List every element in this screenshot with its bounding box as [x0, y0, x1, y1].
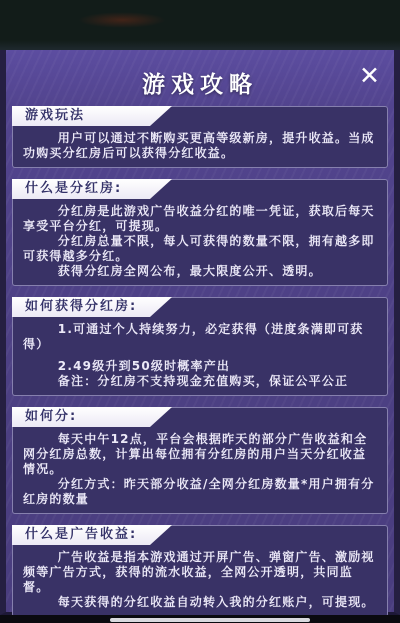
section-body: 广告收益是指本游戏通过开屏广告、弹窗广告、激励视频等广告方式，获得的流水收益，全…	[23, 550, 377, 610]
section-heading: 如何分:	[12, 407, 172, 427]
guide-paragraph: 每天中午12点，平台会根据昨天的部分广告收益和全网分红房总数，计算出每位拥有分红…	[23, 432, 377, 477]
section-how-to-get-dividend-room: 如何获得分红房: 1.可通过个人持续努力，必定获得（进度条满即可获得）2.49级…	[12, 297, 388, 396]
section-heading: 如何获得分红房:	[12, 297, 172, 317]
section-heading: 什么是广告收益:	[12, 525, 172, 545]
guide-paragraph: 获得分红房全网公布，最大限度公开、透明。	[23, 264, 377, 279]
section-heading-banner: 如何分:	[12, 407, 172, 427]
home-indicator[interactable]	[110, 618, 310, 622]
guide-paragraph: 广告收益是指本游戏通过开屏广告、弹窗广告、激励视频等广告方式，获得的流水收益，全…	[23, 550, 377, 595]
section-heading: 什么是分红房:	[12, 179, 172, 199]
background-mountains	[0, 40, 400, 50]
section-body: 1.可通过个人持续努力，必定获得（进度条满即可获得）2.49级升到50级时概率产…	[23, 322, 377, 389]
guide-paragraph: 用户可以通过不断购买更高等级新房，提升收益。当成功购买分红房后可以获得分红收益。	[23, 131, 377, 161]
guide-sections: 游戏玩法 用户可以通过不断购买更高等级新房，提升收益。当成功购买分红房后可以获得…	[6, 104, 394, 617]
section-how-to-divide: 如何分: 每天中午12点，平台会根据昨天的部分广告收益和全网分红房总数，计算出每…	[12, 407, 388, 514]
section-gameplay: 游戏玩法 用户可以通过不断购买更高等级新房，提升收益。当成功购买分红房后可以获得…	[12, 106, 388, 168]
background-cloud	[78, 12, 166, 28]
guide-paragraph: 备注：分红房不支持现金充值购买，保证公平公正	[23, 374, 377, 389]
section-heading-banner: 游戏玩法	[12, 106, 172, 126]
guide-paragraph: 分红房总量不限，每人可获得的数量不限，拥有越多即可获得越多分红。	[23, 234, 377, 264]
section-body: 分红房是此游戏广告收益分红的唯一凭证，获取后每天享受平台分红，可提现。分红房总量…	[23, 204, 377, 279]
modal-title: 游戏攻略	[6, 50, 394, 99]
section-what-is-dividend-room: 什么是分红房: 分红房是此游戏广告收益分红的唯一凭证，获取后每天享受平台分红，可…	[12, 179, 388, 286]
section-heading-banner: 什么是分红房:	[12, 179, 172, 199]
section-what-is-ad-revenue: 什么是广告收益: 广告收益是指本游戏通过开屏广告、弹窗广告、激励视频等广告方式，…	[12, 525, 388, 617]
guide-paragraph: 每天获得的分红收益自动转入我的分红账户，可提现。	[23, 595, 377, 610]
game-guide-modal: 游戏攻略 ✕ 游戏玩法 用户可以通过不断购买更高等级新房，提升收益。当成功购买分…	[0, 50, 400, 615]
section-heading-banner: 什么是广告收益:	[12, 525, 172, 545]
section-heading-banner: 如何获得分红房:	[12, 297, 172, 317]
guide-paragraph: 1.可通过个人持续努力，必定获得（进度条满即可获得）	[23, 322, 377, 352]
modal-titlebar: 游戏攻略 ✕	[6, 50, 394, 104]
system-navigation-bar	[0, 615, 400, 623]
guide-paragraph: 2.49级升到50级时概率产出	[23, 359, 377, 374]
game-background	[0, 0, 400, 50]
close-icon[interactable]: ✕	[359, 63, 380, 88]
section-body: 用户可以通过不断购买更高等级新房，提升收益。当成功购买分红房后可以获得分红收益。	[23, 131, 377, 161]
section-heading: 游戏玩法	[12, 106, 172, 126]
phone-screen: 游戏攻略 ✕ 游戏玩法 用户可以通过不断购买更高等级新房，提升收益。当成功购买分…	[0, 0, 400, 623]
guide-paragraph: 分红方式：昨天部分收益/全网分红房数量*用户拥有分红房的数量	[23, 477, 377, 507]
section-body: 每天中午12点，平台会根据昨天的部分广告收益和全网分红房总数，计算出每位拥有分红…	[23, 432, 377, 507]
guide-paragraph: 分红房是此游戏广告收益分红的唯一凭证，获取后每天享受平台分红，可提现。	[23, 204, 377, 234]
